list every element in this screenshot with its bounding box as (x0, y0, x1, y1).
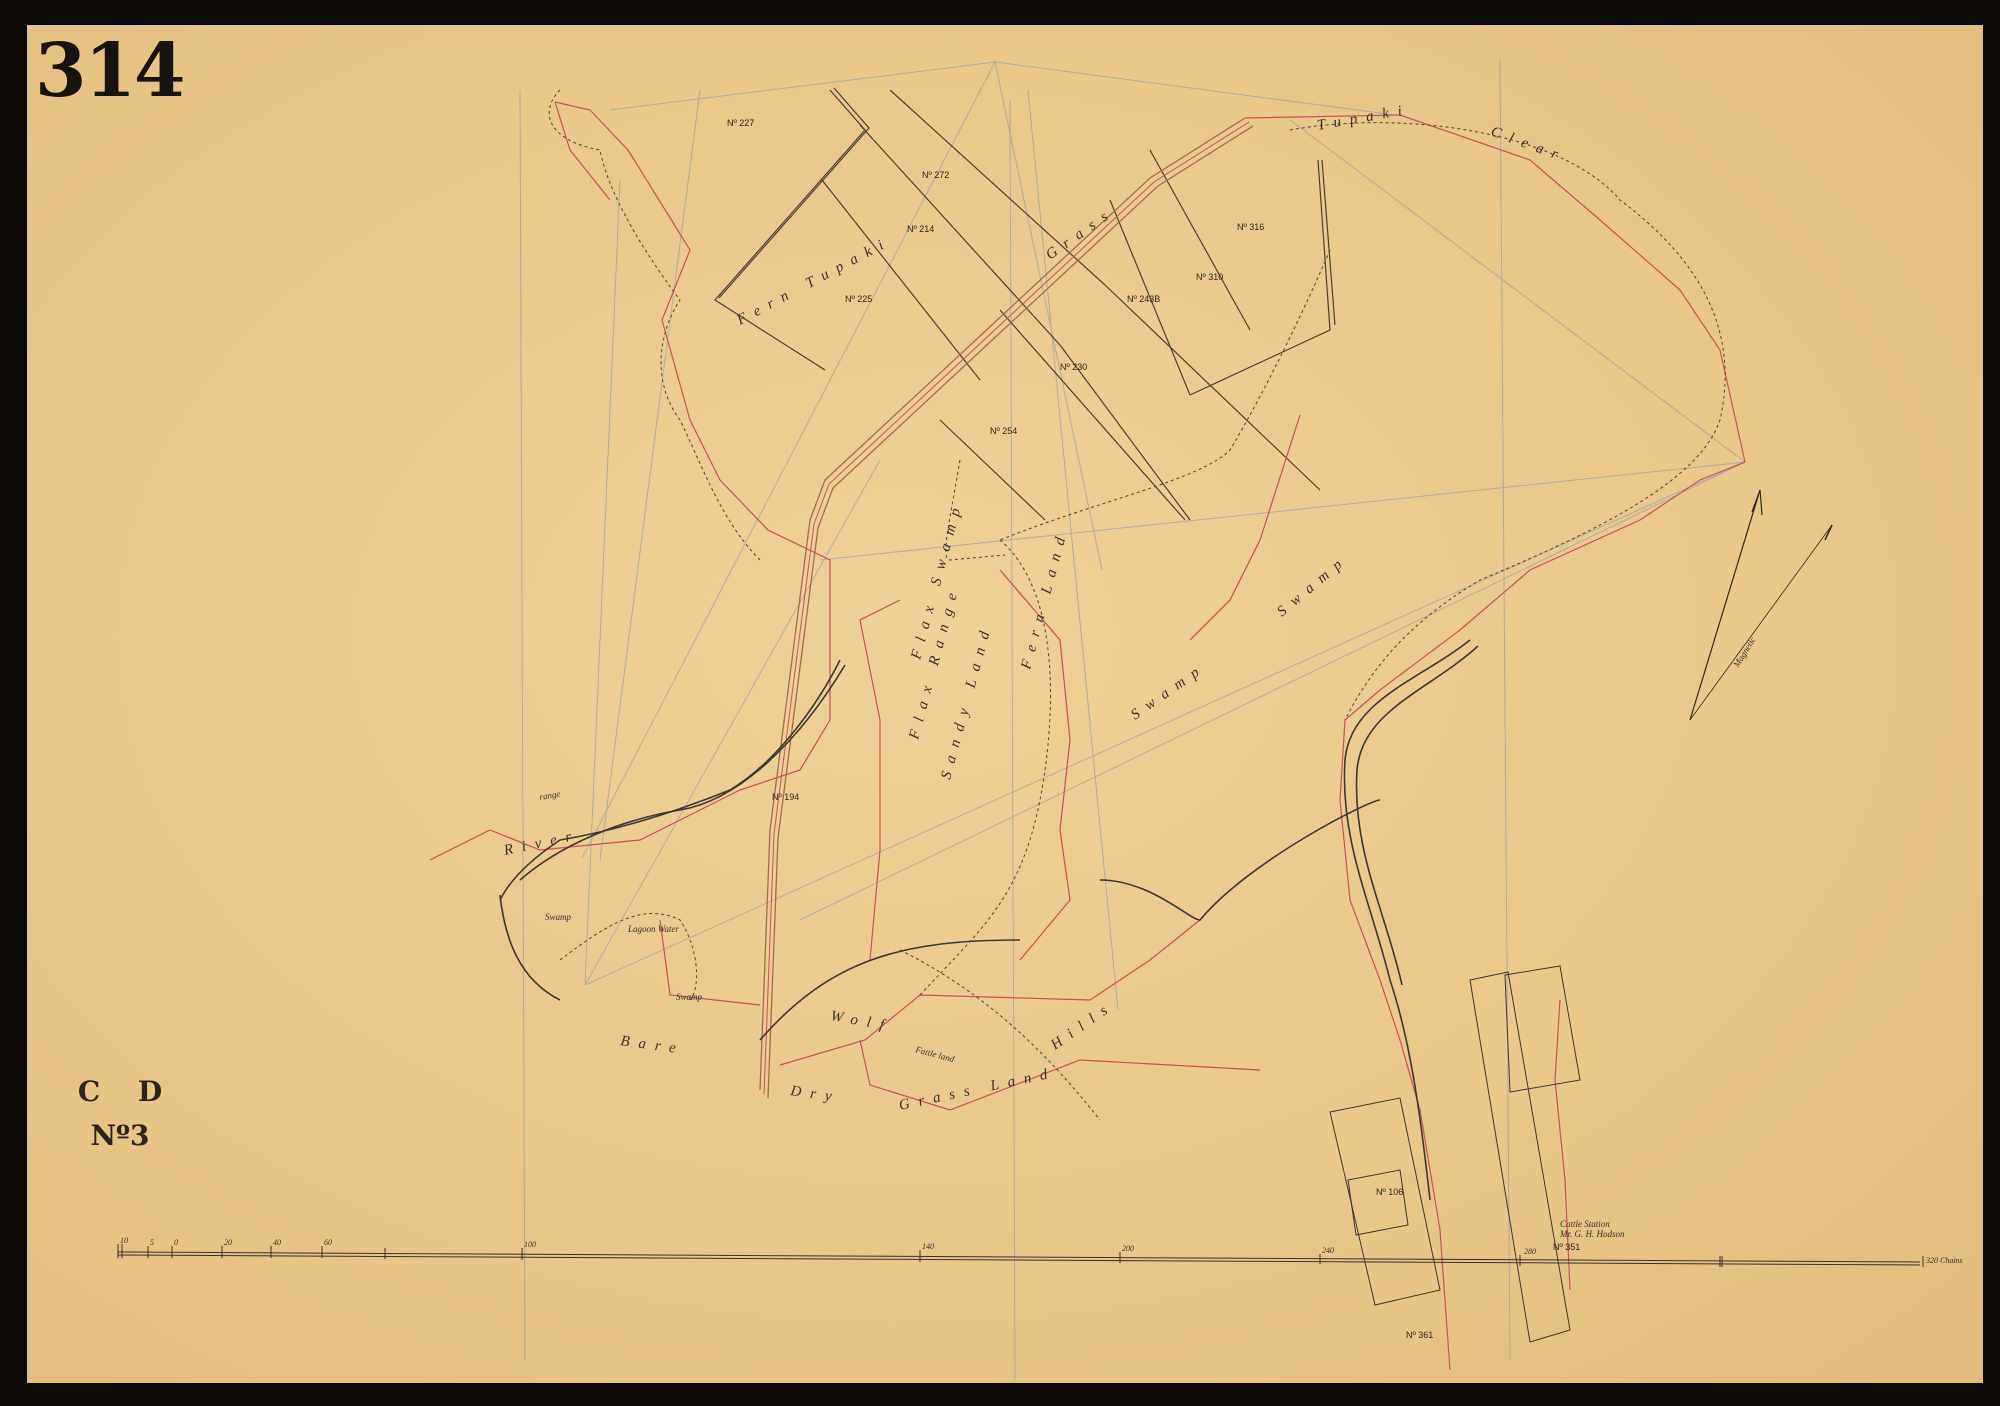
scale-tick-label: 5 (150, 1238, 154, 1247)
grass-land-label: Grass Land (898, 1065, 1058, 1114)
scale-unit-label: 320 Chains (1925, 1256, 1963, 1265)
flax-land-label: Fattle land (914, 1044, 956, 1064)
lot-label: Nº 194 (772, 792, 799, 802)
lot-label: Nº 254 (990, 426, 1017, 436)
dotted-boundaries (549, 90, 1725, 1120)
bare-label: Bare (619, 1033, 685, 1058)
north-arrow (1690, 490, 1832, 720)
lot-boundaries (715, 88, 1335, 520)
swamp-small-label: Swamp (676, 992, 703, 1002)
scale-tick-label: 200 (1122, 1244, 1134, 1253)
scale-tick-label: 240 (1322, 1246, 1334, 1255)
traverse-line (430, 102, 1745, 1370)
fern-tupaki-label: Fern Tupaki (733, 233, 894, 329)
lot-label: Nº 243B (1127, 294, 1160, 304)
scale-tick-label: 20 (224, 1238, 232, 1247)
wolf-label: Wolf (829, 1008, 894, 1035)
scale-tick-label: 140 (922, 1242, 934, 1251)
bearing-lines (520, 60, 1745, 1380)
swamp-label: Swamp (1274, 551, 1352, 620)
fern-land-label: Fern Land (1018, 527, 1071, 672)
scale-tick-label: 10 (120, 1236, 128, 1245)
lot-label: Nº 316 (1237, 222, 1264, 232)
scale-tick-label: 40 (273, 1238, 281, 1247)
lot-label: Nº 230 (1060, 362, 1087, 372)
river-label: River (502, 827, 582, 859)
lot-label: Nº 361 (1406, 1330, 1433, 1340)
scale-tick-label: 0 (174, 1238, 178, 1247)
lot-label: Nº 106 (1376, 1187, 1403, 1197)
lot-label: Nº 227 (727, 118, 754, 128)
dry-label: Dry (788, 1083, 841, 1106)
survey-blocks (1330, 966, 1580, 1342)
cattle-station-label: Cattle Station (1560, 1219, 1610, 1229)
hills-label: Hills (1047, 998, 1118, 1054)
scale-tick-label: 100 (524, 1240, 536, 1249)
swamp-small-label: Swamp (545, 912, 572, 922)
lot-label: Nº 351 (1553, 1242, 1580, 1252)
cattle-station-owner: Mr. G. H. Hodson (1559, 1229, 1625, 1239)
lot-label: Nº 272 (922, 170, 949, 180)
swamp-label: Swamp (1128, 659, 1210, 723)
survey-map: Magnetic 10 5 0 20 40 60 100 (0, 0, 2000, 1406)
lagoon-label: Lagoon Water (627, 924, 679, 934)
lot-label: Nº 225 (845, 294, 872, 304)
range-label: range (539, 788, 561, 801)
lot-label: Nº 214 (907, 224, 934, 234)
scale-bar: 10 5 0 20 40 60 100 140 200 240 280 320 … (118, 1236, 1963, 1267)
magnetic-label: Magnetic (1731, 635, 1758, 670)
scale-tick-label: 60 (324, 1238, 332, 1247)
scale-tick-label: 280 (1524, 1247, 1536, 1256)
lot-label: Nº 310 (1196, 272, 1223, 282)
